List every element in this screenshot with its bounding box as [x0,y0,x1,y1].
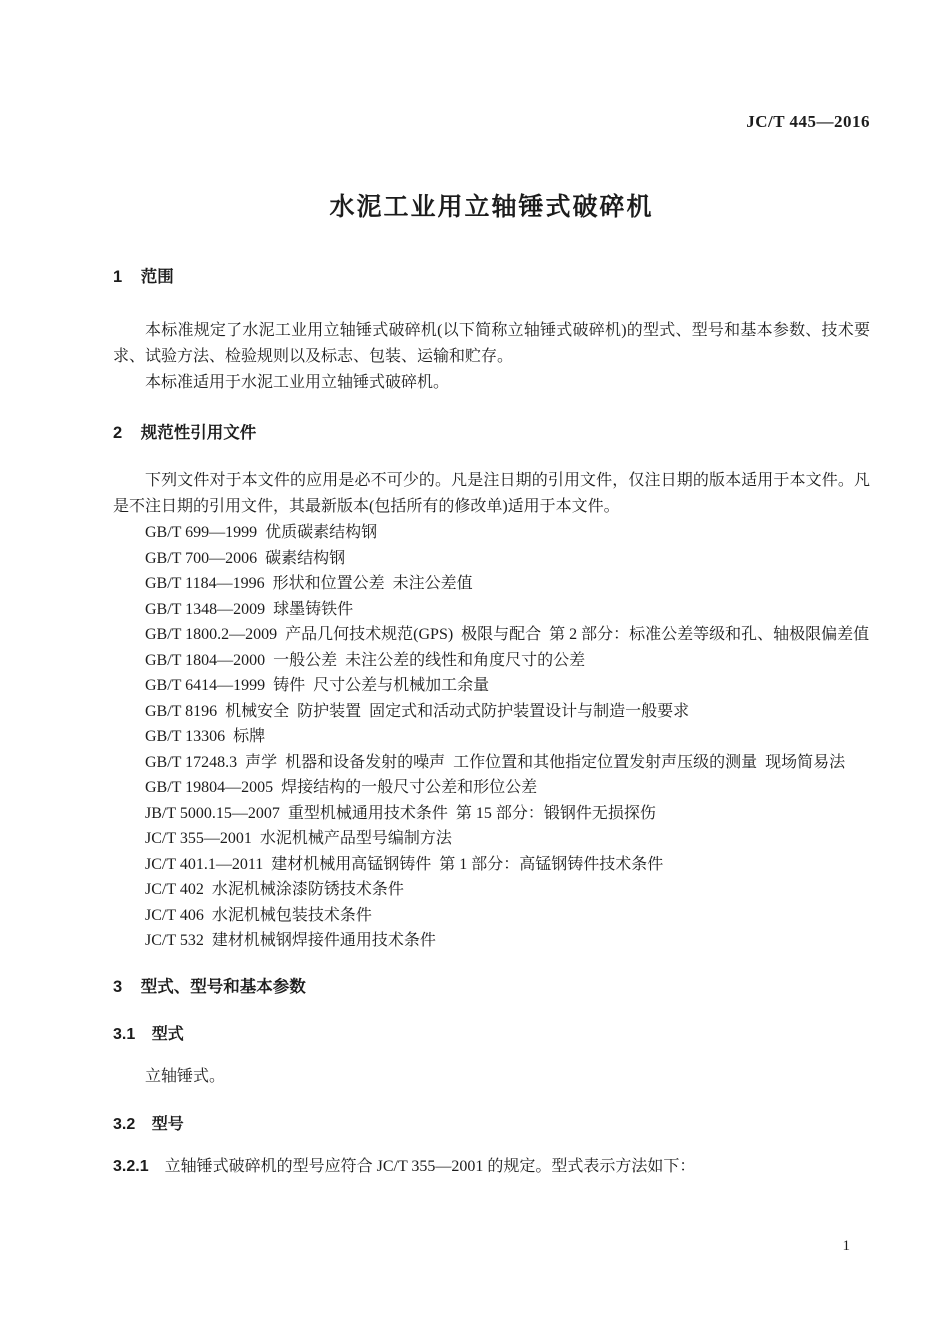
section-1-paragraph: 本标准规定了水泥工业用立轴锤式破碎机(以下简称立轴锤式破碎机)的型式、型号和基本… [113,318,870,370]
reference-item: GB/T 19804—2005 焊接结构的一般尺寸公差和形位公差 [113,775,870,801]
section-1-number: 1 [113,268,122,286]
section-1-heading: 1 范围 [113,266,870,288]
section-3-title: 型式、型号和基本参数 [141,978,306,996]
reference-item: GB/T 17248.3 声学 机器和设备发射的噪声 工作位置和其他指定位置发射… [113,750,870,776]
section-1-title: 范围 [141,268,174,286]
clause-3-2-1-text: 立轴锤式破碎机的型号应符合 JC/T 355—2001 的规定。型式表示方法如下… [165,1158,696,1175]
clause-3-2-1: 3.2.1 立轴锤式破碎机的型号应符合 JC/T 355—2001 的规定。型式… [113,1154,870,1180]
reference-item: GB/T 1804—2000 一般公差 未注公差的线性和角度尺寸的公差 [113,648,870,674]
section-3-heading: 3 型式、型号和基本参数 [113,976,870,998]
reference-item: GB/T 8196 机械安全 防护装置 固定式和活动式防护装置设计与制造一般要求 [113,699,870,725]
section-3-2-heading: 3.2 型号 [113,1114,870,1136]
section-2-number: 2 [113,424,122,442]
reference-item: JC/T 401.1—2011 建材机械用高锰钢铸件 第 1 部分：高锰钢铸件技… [113,852,870,878]
section-3-1-title: 型式 [152,1026,184,1043]
section-2-heading: 2 规范性引用文件 [113,422,870,444]
reference-item: GB/T 13306 标牌 [113,724,870,750]
page-number: 1 [843,1236,851,1256]
reference-item: JB/T 5000.15—2007 重型机械通用技术条件 第 15 部分：锻钢件… [113,801,870,827]
reference-item: GB/T 1800.2—2009 产品几何技术规范(GPS) 极限与配合 第 2… [113,622,870,648]
reference-item: JC/T 406 水泥机械包装技术条件 [113,903,870,929]
standard-code: JC/T 445—2016 [113,112,870,132]
reference-item: GB/T 1348—2009 球墨铸铁件 [113,597,870,623]
clause-3-2-1-number: 3.2.1 [113,1158,149,1175]
reference-item: GB/T 6414—1999 铸件 尺寸公差与机械加工余量 [113,673,870,699]
reference-item: JC/T 532 建材机械钢焊接件通用技术条件 [113,928,870,954]
document-page: JC/T 445—2016 水泥工业用立轴锤式破碎机 1 范围 本标准规定了水泥… [0,0,950,1344]
reference-item: GB/T 700—2006 碳素结构钢 [113,546,870,572]
section-3-2-number: 3.2 [113,1116,135,1133]
section-3-1-paragraph: 立轴锤式。 [113,1064,870,1090]
reference-item: GB/T 1184—1996 形状和位置公差 未注公差值 [113,571,870,597]
section-1-paragraph: 本标准适用于水泥工业用立轴锤式破碎机。 [113,370,870,396]
reference-item: JC/T 355—2001 水泥机械产品型号编制方法 [113,826,870,852]
section-3-1-heading: 3.1 型式 [113,1024,870,1046]
document-title: 水泥工业用立轴锤式破碎机 [113,190,870,224]
reference-item: JC/T 402 水泥机械涂漆防锈技术条件 [113,877,870,903]
section-3-number: 3 [113,978,122,996]
reference-item: GB/T 699—1999 优质碳素结构钢 [113,520,870,546]
section-3-2-title: 型号 [152,1116,184,1133]
section-3-1-number: 3.1 [113,1026,135,1043]
section-2-title: 规范性引用文件 [141,424,257,442]
section-2-intro-paragraph: 下列文件对于本文件的应用是必不可少的。凡是注日期的引用文件，仅注日期的版本适用于… [113,468,870,520]
